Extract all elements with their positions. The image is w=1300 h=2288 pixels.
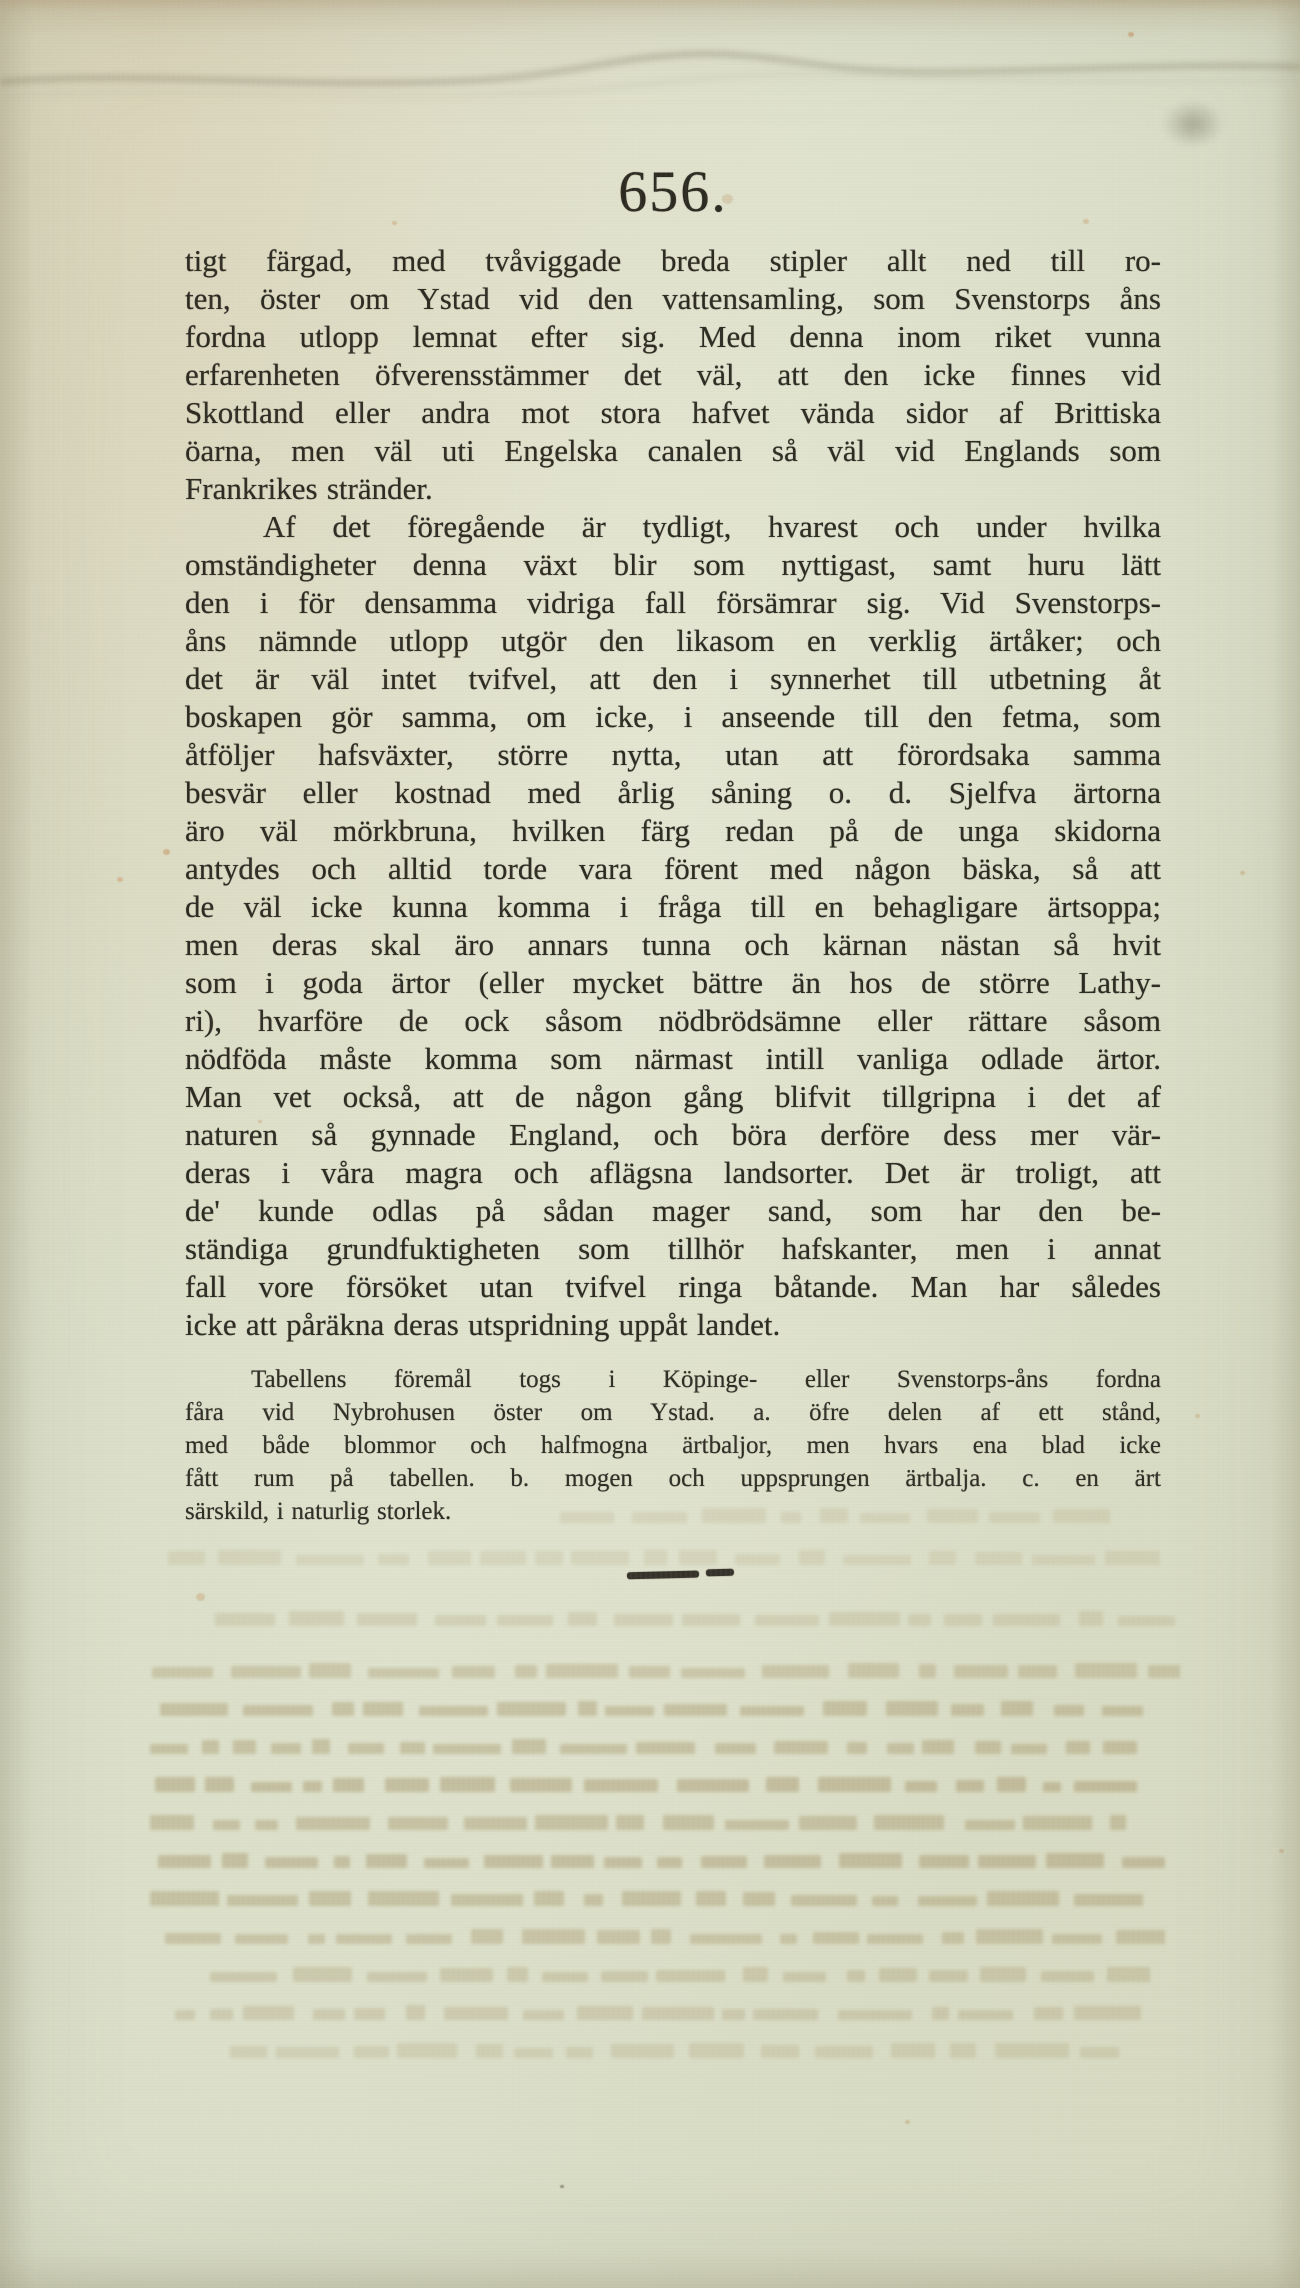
bleedthrough-line: [150, 1812, 1170, 1830]
text-line: fall vore försöket utan tvifvel ringa bå…: [185, 1268, 1161, 1306]
bleedthrough-line: [210, 1964, 1150, 1982]
foxing-speck: [1083, 219, 1089, 224]
text-line: den i för densamma vidriga fall försämra…: [185, 584, 1161, 622]
text-line: omständigheter denna växt blir som nytti…: [185, 546, 1161, 584]
text-line: öarna, men väl uti Engelska canalen så v…: [185, 432, 1161, 470]
text-line: Skottland eller andra mot stora hafvet v…: [185, 394, 1161, 432]
foxing-speck: [163, 849, 170, 855]
bleedthrough-line: [150, 1888, 1176, 1906]
text-line: nödföda måste komma som närmast intill v…: [185, 1040, 1161, 1078]
text-line: Man vet också, att de någon gång blifvit…: [185, 1078, 1161, 1116]
foxing-speck: [1279, 1849, 1284, 1853]
text-line: det är väl intet tvifvel, att den i synn…: [185, 660, 1161, 698]
text-line: åns nämnde utlopp utgör den likasom en v…: [185, 622, 1161, 660]
text-line: äro väl mörkbruna, hvilken färg redan på…: [185, 812, 1161, 850]
bleedthrough-line: [158, 1850, 1180, 1868]
text-line: deras i våra magra och aflägsna landsort…: [185, 1154, 1161, 1192]
page-number: 656.: [185, 163, 1161, 221]
book-page: 656. tigt färgad, med tvåviggade breda s…: [0, 0, 1300, 2288]
bleedthrough-line: [165, 1926, 1165, 1944]
paper-crease: [0, 0, 1300, 160]
text-line: besvär eller kostnad med årlig såning o.…: [185, 774, 1161, 812]
bleedthrough-line: [175, 2002, 1160, 2020]
text-line: de' kunde odlas på sådan mager sand, som…: [185, 1192, 1161, 1230]
divider-dash-long: [627, 1571, 699, 1580]
text-line: ständiga grundfuktigheten som tillhör ha…: [185, 1230, 1161, 1268]
text-line: boskapen gör samma, om icke, i anseende …: [185, 698, 1161, 736]
bleedthrough-line: [168, 1547, 1160, 1565]
divider-dash-short: [706, 1569, 734, 1577]
bleedthrough-line: [160, 1698, 1168, 1716]
foxing-speck: [560, 2185, 564, 2188]
text-line: men deras skal äro annars tunna och kärn…: [185, 926, 1161, 964]
text-line: naturen så gynnade England, och böra der…: [185, 1116, 1161, 1154]
bleedthrough-line: [155, 1774, 1178, 1792]
text-line: ri), hvarföre de ock såsom nödbrödsämne …: [185, 1002, 1161, 1040]
foxing-speck: [392, 221, 397, 225]
foxing-speck: [1195, 1414, 1200, 1418]
text-line: som i goda ärtor (eller mycket bättre än…: [185, 964, 1161, 1002]
text-line: med både blommor och halfmogna ärtbaljor…: [185, 1429, 1161, 1462]
foxing-speck: [1240, 871, 1245, 875]
text-line: Tabellens föremål togs i Köpinge- eller …: [185, 1363, 1161, 1396]
text-line: fordna utlopp lemnat efter sig. Med denn…: [185, 318, 1161, 356]
footnote-block: Tabellens föremål togs i Köpinge- eller …: [185, 1363, 1161, 1528]
foxing-speck: [117, 877, 123, 882]
text-line: tigt färgad, med tvåviggade breda stiple…: [185, 242, 1161, 280]
text-line: fått rum på tabellen. b. mogen och uppsp…: [185, 1462, 1161, 1495]
foxing-speck: [722, 194, 733, 204]
bleedthrough-line: [230, 2040, 1120, 2058]
foxing-speck: [1132, 760, 1137, 764]
text-line: Af det föregående är tydligt, hvarest oc…: [185, 508, 1161, 546]
text-line: åtföljer hafsväxter, större nytta, utan …: [185, 736, 1161, 774]
foxing-speck: [905, 2120, 910, 2124]
text-line: fåra vid Nybrohusen öster om Ystad. a. ö…: [185, 1396, 1161, 1429]
bleedthrough-line: [150, 1736, 1182, 1754]
text-line: erfarenheten öfverensstämmer det väl, at…: [185, 356, 1161, 394]
bleedthrough-line: [215, 1608, 1175, 1626]
text-line: de väl icke kunna komma i fråga till en …: [185, 888, 1161, 926]
ink-smudge: [1162, 100, 1224, 148]
text-line: särskild, i naturlig storlek.: [185, 1495, 1161, 1528]
text-line: antydes och alltid torde vara förent med…: [185, 850, 1161, 888]
text-line: Frankrikes stränder.: [185, 470, 1161, 508]
main-text-block: tigt färgad, med tvåviggade breda stiple…: [185, 242, 1161, 1344]
foxing-speck: [258, 1120, 262, 1123]
bleedthrough-line: [152, 1660, 1180, 1678]
text-line: ten, öster om Ystad vid den vattensamlin…: [185, 280, 1161, 318]
foxing-speck: [196, 1593, 205, 1601]
section-divider: [627, 1570, 734, 1583]
text-line: icke att påräkna deras utspridning uppåt…: [185, 1306, 1161, 1344]
foxing-speck: [1128, 32, 1134, 37]
